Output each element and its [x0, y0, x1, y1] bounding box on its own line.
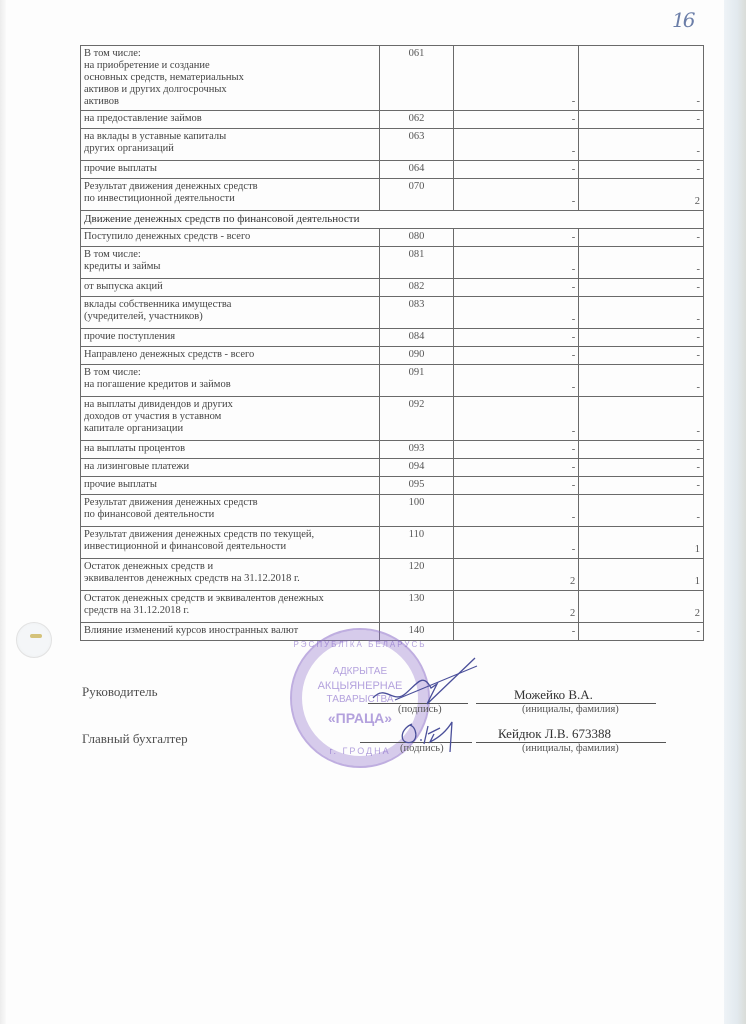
value-previous-period: -: [579, 365, 704, 397]
line-item-name: В том числе: кредиты и займы: [81, 247, 380, 279]
value-current-period: -: [454, 527, 579, 559]
value-previous-period: -: [579, 297, 704, 329]
cash-flow-table-body: В том числе: на приобретение и создание …: [81, 46, 704, 641]
value-previous-period: -: [579, 279, 704, 297]
scan-left-edge: [0, 0, 6, 1024]
scan-right-edge: [724, 0, 746, 1024]
line-item-name: на выплаты дивидендов и других доходов о…: [81, 397, 380, 441]
line-item-name: на предоставление займов: [81, 111, 380, 129]
value-previous-period: -: [579, 111, 704, 129]
handwritten-page-number: 16: [672, 8, 693, 32]
table-row: прочие выплаты064--: [81, 161, 704, 179]
director-name-caption: (инициалы, фамилия): [522, 704, 619, 715]
line-item-name: Остаток денежных средств и эквивалентов …: [81, 591, 380, 623]
value-current-period: -: [454, 397, 579, 441]
line-item-name: на лизинговые платежи: [81, 459, 380, 477]
stamp-top-arc: РЭСПУБЛІКА БЕЛАРУСЬ: [292, 640, 428, 649]
line-code: 063: [379, 129, 454, 161]
value-previous-period: 1: [579, 559, 704, 591]
value-current-period: 2: [454, 591, 579, 623]
line-item-name: Результат движения денежных средств по ф…: [81, 495, 380, 527]
line-code: 064: [379, 161, 454, 179]
value-previous-period: -: [579, 477, 704, 495]
table-row: на выплаты дивидендов и других доходов о…: [81, 397, 704, 441]
table-section-row: Движение денежных средств по финансовой …: [81, 211, 704, 229]
cash-flow-table: В том числе: на приобретение и создание …: [80, 45, 704, 641]
value-previous-period: -: [579, 495, 704, 527]
line-item-name: Направлено денежных средств - всего: [81, 347, 380, 365]
table-row: Результат движения денежных средств по ф…: [81, 495, 704, 527]
line-code: 091: [379, 365, 454, 397]
value-current-period: -: [454, 279, 579, 297]
line-code: 061: [379, 46, 454, 111]
chief-accountant-role-label: Главный бухгалтер: [82, 731, 188, 747]
table-row: Остаток денежных средств и эквивалентов …: [81, 559, 704, 591]
value-previous-period: -: [579, 329, 704, 347]
value-current-period: -: [454, 46, 579, 111]
table-row: Поступило денежных средств - всего080--: [81, 229, 704, 247]
value-current-period: -: [454, 329, 579, 347]
line-code: 110: [379, 527, 454, 559]
value-current-period: -: [454, 459, 579, 477]
line-item-name: Поступило денежных средств - всего: [81, 229, 380, 247]
table-row: на предоставление займов062--: [81, 111, 704, 129]
table-row: вклады собственника имущества (учредител…: [81, 297, 704, 329]
line-code: 095: [379, 477, 454, 495]
chief-accountant-name-caption: (инициалы, фамилия): [522, 743, 619, 754]
line-code: 094: [379, 459, 454, 477]
line-item-name: В том числе: на погашение кредитов и зай…: [81, 365, 380, 397]
line-item-name: В том числе: на приобретение и создание …: [81, 46, 380, 111]
value-previous-period: -: [579, 397, 704, 441]
line-code: 083: [379, 297, 454, 329]
line-code: 080: [379, 229, 454, 247]
line-code: 130: [379, 591, 454, 623]
line-item-name: Результат движения денежных средств по и…: [81, 179, 380, 211]
table-row: Результат движения денежных средств по т…: [81, 527, 704, 559]
table-row: на вклады в уставные капиталы других орг…: [81, 129, 704, 161]
table-row: прочие выплаты095--: [81, 477, 704, 495]
value-previous-period: -: [579, 229, 704, 247]
value-current-period: -: [454, 365, 579, 397]
director-role-label: Руководитель: [82, 684, 158, 700]
table-row: В том числе: на погашение кредитов и зай…: [81, 365, 704, 397]
line-item-name: Остаток денежных средств и эквивалентов …: [81, 559, 380, 591]
line-item-name: на выплаты процентов: [81, 441, 380, 459]
chief-accountant-signature-caption: (подпись): [400, 743, 444, 754]
value-previous-period: 2: [579, 179, 704, 211]
line-code: 062: [379, 111, 454, 129]
director-name: Можейко В.А.: [514, 687, 593, 703]
line-item-name: от выпуска акций: [81, 279, 380, 297]
line-item-name: Результат движения денежных средств по т…: [81, 527, 380, 559]
table-row: В том числе: кредиты и займы081--: [81, 247, 704, 279]
table-row: от выпуска акций082--: [81, 279, 704, 297]
value-previous-period: -: [579, 247, 704, 279]
value-current-period: -: [454, 129, 579, 161]
line-item-name: прочие выплаты: [81, 477, 380, 495]
value-current-period: -: [454, 297, 579, 329]
value-previous-period: -: [579, 161, 704, 179]
table-row: на лизинговые платежи094--: [81, 459, 704, 477]
value-previous-period: 1: [579, 527, 704, 559]
line-item-name: вклады собственника имущества (учредител…: [81, 297, 380, 329]
value-current-period: -: [454, 247, 579, 279]
director-signature-scribble: [365, 654, 485, 710]
line-code: 081: [379, 247, 454, 279]
value-current-period: -: [454, 229, 579, 247]
value-current-period: -: [454, 477, 579, 495]
value-previous-period: -: [579, 623, 704, 641]
value-previous-period: -: [579, 441, 704, 459]
table-row: В том числе: на приобретение и создание …: [81, 46, 704, 111]
value-previous-period: -: [579, 459, 704, 477]
line-item-name: прочие выплаты: [81, 161, 380, 179]
value-previous-period: -: [579, 347, 704, 365]
value-current-period: -: [454, 495, 579, 527]
chief-accountant-name: Кейдюк Л.В. 673388: [498, 726, 611, 742]
line-item-name: на вклады в уставные капиталы других орг…: [81, 129, 380, 161]
value-current-period: -: [454, 161, 579, 179]
line-code: 120: [379, 559, 454, 591]
staple-mark: [30, 634, 42, 638]
line-code: 082: [379, 279, 454, 297]
value-current-period: -: [454, 111, 579, 129]
value-current-period: -: [454, 347, 579, 365]
table-row: прочие поступления084--: [81, 329, 704, 347]
section-heading: Движение денежных средств по финансовой …: [81, 211, 704, 229]
line-code: 070: [379, 179, 454, 211]
line-code: 100: [379, 495, 454, 527]
value-current-period: -: [454, 179, 579, 211]
value-current-period: -: [454, 623, 579, 641]
line-code: 090: [379, 347, 454, 365]
punch-hole: [16, 622, 52, 658]
table-row: Остаток денежных средств и эквивалентов …: [81, 591, 704, 623]
value-previous-period: -: [579, 129, 704, 161]
table-row: Направлено денежных средств - всего090--: [81, 347, 704, 365]
value-current-period: -: [454, 441, 579, 459]
line-code: 092: [379, 397, 454, 441]
line-item-name: прочие поступления: [81, 329, 380, 347]
value-previous-period: -: [579, 46, 704, 111]
line-code: 093: [379, 441, 454, 459]
table-row: на выплаты процентов093--: [81, 441, 704, 459]
value-previous-period: 2: [579, 591, 704, 623]
value-current-period: 2: [454, 559, 579, 591]
line-code: 084: [379, 329, 454, 347]
table-row: Результат движения денежных средств по и…: [81, 179, 704, 211]
